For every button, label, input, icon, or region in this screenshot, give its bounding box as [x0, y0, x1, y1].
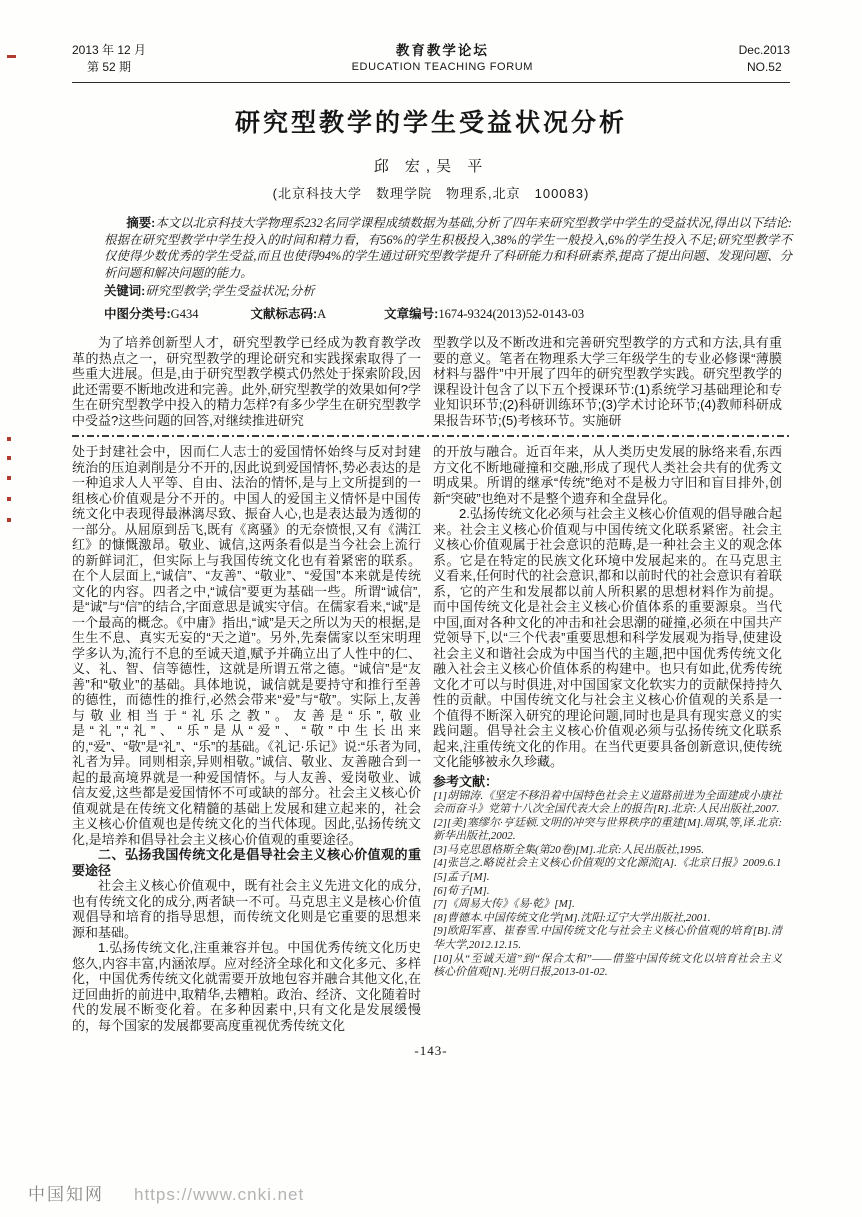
header-date-cn: 2013 年 12 月 [72, 42, 146, 59]
article-dashed-separator [72, 435, 790, 437]
header-issue-number-cn: 第 52 期 [72, 59, 146, 76]
page-number: -143- [0, 1043, 862, 1059]
scan-artifact-mark [7, 518, 11, 522]
reference-item: [3]马克思恩格斯全集(第20卷)[M].北京:人民出版社,1995. [433, 844, 782, 858]
intro-left-paragraph: 为了培养创新型人才，研究型教学已经成为教育教学改革的热点之一，研究型教学的理论研… [72, 335, 421, 428]
reference-item: [8]曹德本.中国传统文化学[M].沈阳:辽宁大学出版社,2001. [433, 912, 782, 926]
continued-left-paragraph-1: 处于封建社会中，因而仁人志士的爱国情怀始终与反对封建统治的压迫剥削是分不开的,因… [72, 444, 421, 847]
references-label: 参考文献： [433, 773, 782, 790]
reference-item: [5]孟子[M]. [433, 871, 782, 885]
article-id-label: 文章编号: [384, 307, 438, 321]
header-issue-number-en: NO.52 [739, 59, 790, 76]
scan-artifact-mark [7, 437, 11, 441]
continued-right-paragraph-2: 2.弘扬传统文化必须与社会主义核心价值观的倡导融合起来。社会主义核心价值观与中国… [433, 506, 782, 770]
continued-article-columns: 处于封建社会中，因而仁人志士的爱国情怀始终与反对封建统治的压迫剥削是分不开的,因… [72, 444, 790, 1033]
intro-right-column: 型教学以及不断改进和完善研究型教学的方式和方法,具有重要的意义。笔者在物理系大学… [433, 335, 782, 428]
clc-label: 中图分类号: [104, 307, 171, 321]
keywords-line: 关键词:研究型教学;学生受益状况;分析 [104, 283, 792, 300]
article-authors: 邱 宏,吴 平 [0, 155, 862, 176]
abstract-paragraph: 摘要:本文以北京科技大学物理系232名同学课程成绩数据为基础,分析了四年来研究型… [104, 215, 792, 281]
reference-item: [6]荀子[M]. [433, 885, 782, 899]
header-date-en: Dec.2013 [739, 42, 790, 59]
abstract-text: 本文以北京科技大学物理系232名同学课程成绩数据为基础,分析了四年来研究型教学中… [104, 216, 792, 280]
journal-name-en: EDUCATION TEACHING FORUM [352, 59, 533, 76]
references-list: [1]胡锦涛.《坚定不移沿着中国特色社会主义道路前进为全面建成小康社会而奋斗》党… [433, 790, 782, 980]
abstract-label: 摘要: [126, 216, 155, 230]
cnki-watermark-url: https://www.cnki.net [134, 1185, 304, 1204]
header-journal-name: 教育教学论坛 EDUCATION TEACHING FORUM [352, 42, 533, 76]
intro-right-paragraph: 型教学以及不断改进和完善研究型教学的方式和方法,具有重要的意义。笔者在物理系大学… [433, 335, 782, 428]
scan-artifact-mark [7, 55, 16, 58]
article-id-value: 1674-9324(2013)52-0143-03 [438, 307, 584, 321]
continued-left-column: 处于封建社会中，因而仁人志士的爱国情怀始终与反对封建统治的压迫剥削是分不开的,因… [72, 444, 421, 1033]
keywords-label: 关键词: [104, 284, 145, 298]
article-title: 研究型教学的学生受益状况分析 [0, 103, 862, 139]
cnki-watermark-site: 中国知网 [28, 1185, 104, 1204]
journal-header: 2013 年 12 月 第 52 期 教育教学论坛 EDUCATION TEAC… [0, 0, 862, 82]
intro-columns: 为了培养创新型人才，研究型教学已经成为教育教学改革的热点之一，研究型教学的理论研… [72, 335, 790, 428]
clc-number: 中图分类号:G434 [104, 305, 198, 323]
scan-artifact-mark [7, 456, 11, 460]
continued-right-column: 的开放与融合。近百年来，从人类历史发展的脉络来看,东西方文化不断地碰撞和交融,形… [433, 444, 782, 1033]
reference-item: [2][美]塞缪尔·亨廷顿.文明的冲突与世界秩序的重建[M].周琪,等,译.北京… [433, 817, 782, 844]
continued-right-paragraph-1: 的开放与融合。近百年来，从人类历史发展的脉络来看,东西方文化不断地碰撞和交融,形… [433, 444, 782, 506]
document-code-label: 文献标志码: [250, 307, 317, 321]
reference-item: [10]从“至诚天道”到“保合太和”——借鉴中国传统文化以培育社会主义核心价值观… [433, 953, 782, 980]
cnki-watermark: 中国知网https://www.cnki.net [28, 1180, 304, 1205]
reference-item: [4]张岂之.略说社会主义核心价值观的文化源流[A].《北京日报》2009.6.… [433, 857, 782, 871]
reference-item: [9]欧阳军喜、崔春雪.中国传统文化与社会主义核心价值观的培育[B].清华大学,… [433, 925, 782, 952]
reference-item: [7]《周易大传》《易·乾》[M]. [433, 898, 782, 912]
journal-name-cn: 教育教学论坛 [352, 42, 533, 59]
article-affiliation: (北京科技大学 数理学院 物理系,北京 100083) [0, 183, 862, 202]
header-issue-en: Dec.2013 NO.52 [739, 42, 790, 76]
scan-artifact-mark [7, 476, 11, 480]
classification-meta-line: 中图分类号:G434 文献标志码:A 文章编号:1674-9324(2013)5… [104, 305, 792, 323]
journal-scan-page: 2013 年 12 月 第 52 期 教育教学论坛 EDUCATION TEAC… [0, 0, 862, 1217]
header-issue-cn: 2013 年 12 月 第 52 期 [72, 42, 146, 76]
scan-artifact-mark [7, 497, 11, 501]
header-divider [72, 82, 790, 83]
clc-value: G434 [171, 307, 199, 321]
section-heading-2: 二、弘扬我国传统文化是倡导社会主义核心价值观的重要途径 [72, 847, 421, 878]
continued-left-paragraph-3: 1.弘扬传统文化,注重兼容并包。中国优秀传统文化历史悠久,内容丰富,内涵浓厚。应… [72, 940, 421, 1033]
document-code-value: A [317, 307, 326, 321]
keywords-text: 研究型教学;学生受益状况;分析 [145, 284, 314, 298]
continued-left-paragraph-2: 社会主义核心价值观中，既有社会主义先进文化的成分,也有传统文化的成分,两者缺一不… [72, 878, 421, 940]
intro-left-column: 为了培养创新型人才，研究型教学已经成为教育教学改革的热点之一，研究型教学的理论研… [72, 335, 421, 428]
document-code: 文献标志码:A [250, 305, 326, 323]
reference-item: [1]胡锦涛.《坚定不移沿着中国特色社会主义道路前进为全面建成小康社会而奋斗》党… [433, 790, 782, 817]
article-id: 文章编号:1674-9324(2013)52-0143-03 [384, 305, 584, 323]
